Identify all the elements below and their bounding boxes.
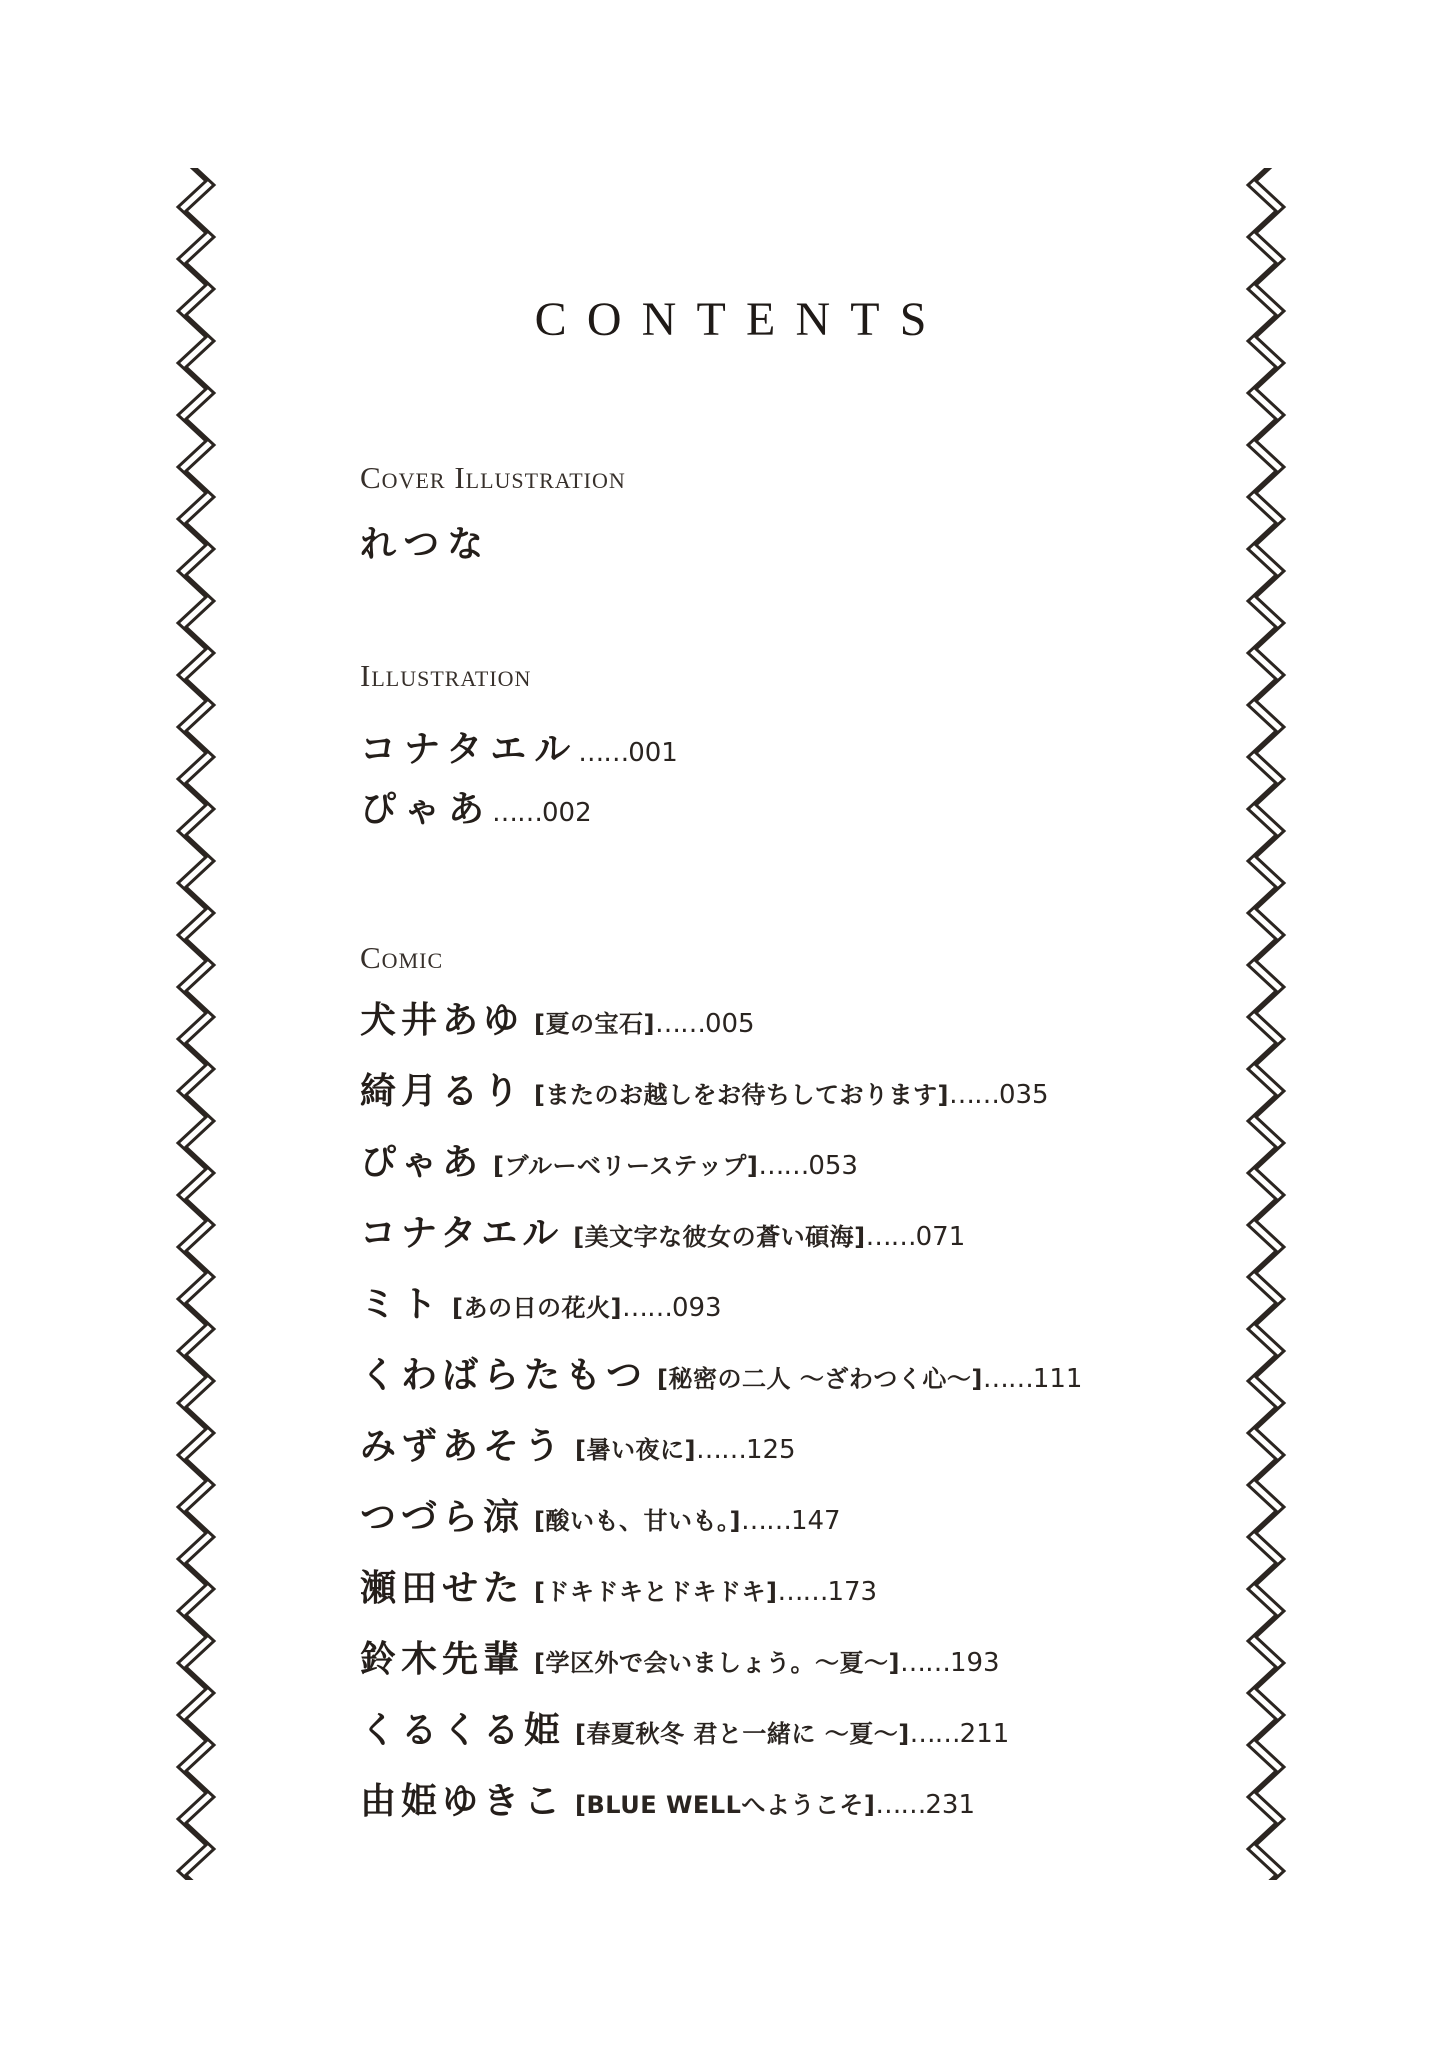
page-number: 125	[746, 1426, 796, 1474]
comic-author: ぴゃあ	[360, 1139, 483, 1187]
comic-author: 瀬田せた	[360, 1565, 524, 1613]
dot-leader: ……	[866, 1213, 916, 1261]
page-number: 193	[950, 1639, 1000, 1687]
dot-leader: ……	[777, 1568, 827, 1616]
comic-title: [酸いも、甘いも。]	[534, 1497, 741, 1545]
page-number: 005	[705, 1000, 755, 1048]
comic-author: 由姫ゆきこ	[360, 1778, 565, 1826]
comic-entry: 犬井あゆ [夏の宝石] …… 005	[360, 997, 1140, 1048]
page-number: 053	[808, 1142, 858, 1190]
section-label-cover-illustration: Cover Illustration	[360, 460, 1140, 496]
comic-author: つづら涼	[360, 1494, 524, 1542]
comic-author: 犬井あゆ	[360, 997, 524, 1045]
comic-title: [BLUE WELLへようこそ]	[575, 1781, 875, 1829]
dot-leader: ……	[910, 1710, 960, 1758]
comic-author: くるくる姫	[360, 1707, 565, 1755]
comic-author: ミト	[360, 1281, 442, 1329]
comic-entry: くわばらたもつ [秘密の二人 ～ざわつく心～] …… 111	[360, 1352, 1140, 1403]
dot-leader: ……	[900, 1639, 950, 1687]
comic-title: [ブルーベリーステップ]	[493, 1142, 758, 1190]
dot-leader: ……	[696, 1426, 746, 1474]
comic-entry: 瀬田せた [ドキドキとドキドキ] …… 173	[360, 1565, 1140, 1616]
comic-title: [暑い夜に]	[575, 1426, 696, 1474]
page-title: CONTENTS	[0, 292, 1441, 347]
comic-title: [春夏秋冬 君と一緒に ～夏～]	[575, 1710, 910, 1758]
table-of-contents: Cover Illustration れつな Illustration コナタエ…	[360, 460, 1140, 1849]
comic-entry: コナタエル [美文字な彼女の蒼い碩海] …… 071	[360, 1210, 1140, 1261]
comic-title: [あの日の花火]	[452, 1284, 622, 1332]
comic-author: みずあそう	[360, 1423, 565, 1471]
comic-title: [美文字な彼女の蒼い碩海]	[573, 1213, 865, 1261]
comic-author: くわばらたもつ	[360, 1352, 647, 1400]
comic-title: [夏の宝石]	[534, 1000, 655, 1048]
dot-leader: ……	[949, 1071, 999, 1119]
comic-title: [秘密の二人 ～ざわつく心～]	[657, 1355, 983, 1403]
page-number: 147	[791, 1497, 841, 1545]
comic-author: 鈴木先輩	[360, 1636, 524, 1684]
comic-entry: つづら涼 [酸いも、甘いも。] …… 147	[360, 1494, 1140, 1545]
comic-entry: 鈴木先輩 [学区外で会いましょう。～夏～] …… 193	[360, 1636, 1140, 1687]
comic-title: [学区外で会いましょう。～夏～]	[534, 1639, 900, 1687]
page-number: 173	[827, 1568, 877, 1616]
dot-leader: ……	[655, 1000, 705, 1048]
dot-leader: ……	[741, 1497, 791, 1545]
comic-author: 綺月るり	[360, 1068, 524, 1116]
dot-leader: ……	[578, 729, 628, 777]
page-number: 001	[628, 729, 678, 777]
dot-leader: ……	[758, 1142, 808, 1190]
comic-entry: ぴゃあ [ブルーベリーステップ] …… 053	[360, 1139, 1140, 1190]
zigzag-border-right	[1238, 168, 1294, 1880]
comic-entry: くるくる姫 [春夏秋冬 君と一緒に ～夏～] …… 211	[360, 1707, 1140, 1758]
comic-entry: 綺月るり [またのお越しをお待ちしております] …… 035	[360, 1068, 1140, 1119]
zigzag-border-left	[168, 168, 224, 1880]
dot-leader: ……	[983, 1355, 1033, 1403]
page-number: 035	[999, 1071, 1049, 1119]
comic-title: [またのお越しをお待ちしております]	[534, 1071, 949, 1119]
dot-leader: ……	[622, 1284, 672, 1332]
section-label-illustration: Illustration	[360, 658, 1140, 694]
illustration-entry: コナタエル …… 001	[360, 726, 1140, 777]
page-number: 111	[1033, 1355, 1083, 1403]
comic-entry: みずあそう [暑い夜に] …… 125	[360, 1423, 1140, 1474]
dot-leader: ……	[875, 1781, 925, 1829]
comic-title: [ドキドキとドキドキ]	[534, 1568, 777, 1616]
page-number: 231	[925, 1781, 975, 1829]
illustrator-name: コナタエル	[360, 726, 578, 774]
page-number: 211	[960, 1710, 1010, 1758]
page-number: 071	[916, 1213, 966, 1261]
section-label-comic: Comic	[360, 940, 1140, 976]
page-number: 002	[542, 789, 592, 837]
comic-entry: ミト [あの日の花火] …… 093	[360, 1281, 1140, 1332]
comic-author: コナタエル	[360, 1210, 563, 1258]
comic-entry: 由姫ゆきこ [BLUE WELLへようこそ] …… 231	[360, 1778, 1140, 1829]
page-number: 093	[672, 1284, 722, 1332]
dot-leader: ……	[492, 789, 542, 837]
illustrator-name: ぴゃあ	[360, 786, 492, 834]
cover-artist-name: れつな	[360, 521, 1140, 569]
illustration-entry: ぴゃあ …… 002	[360, 786, 1140, 837]
